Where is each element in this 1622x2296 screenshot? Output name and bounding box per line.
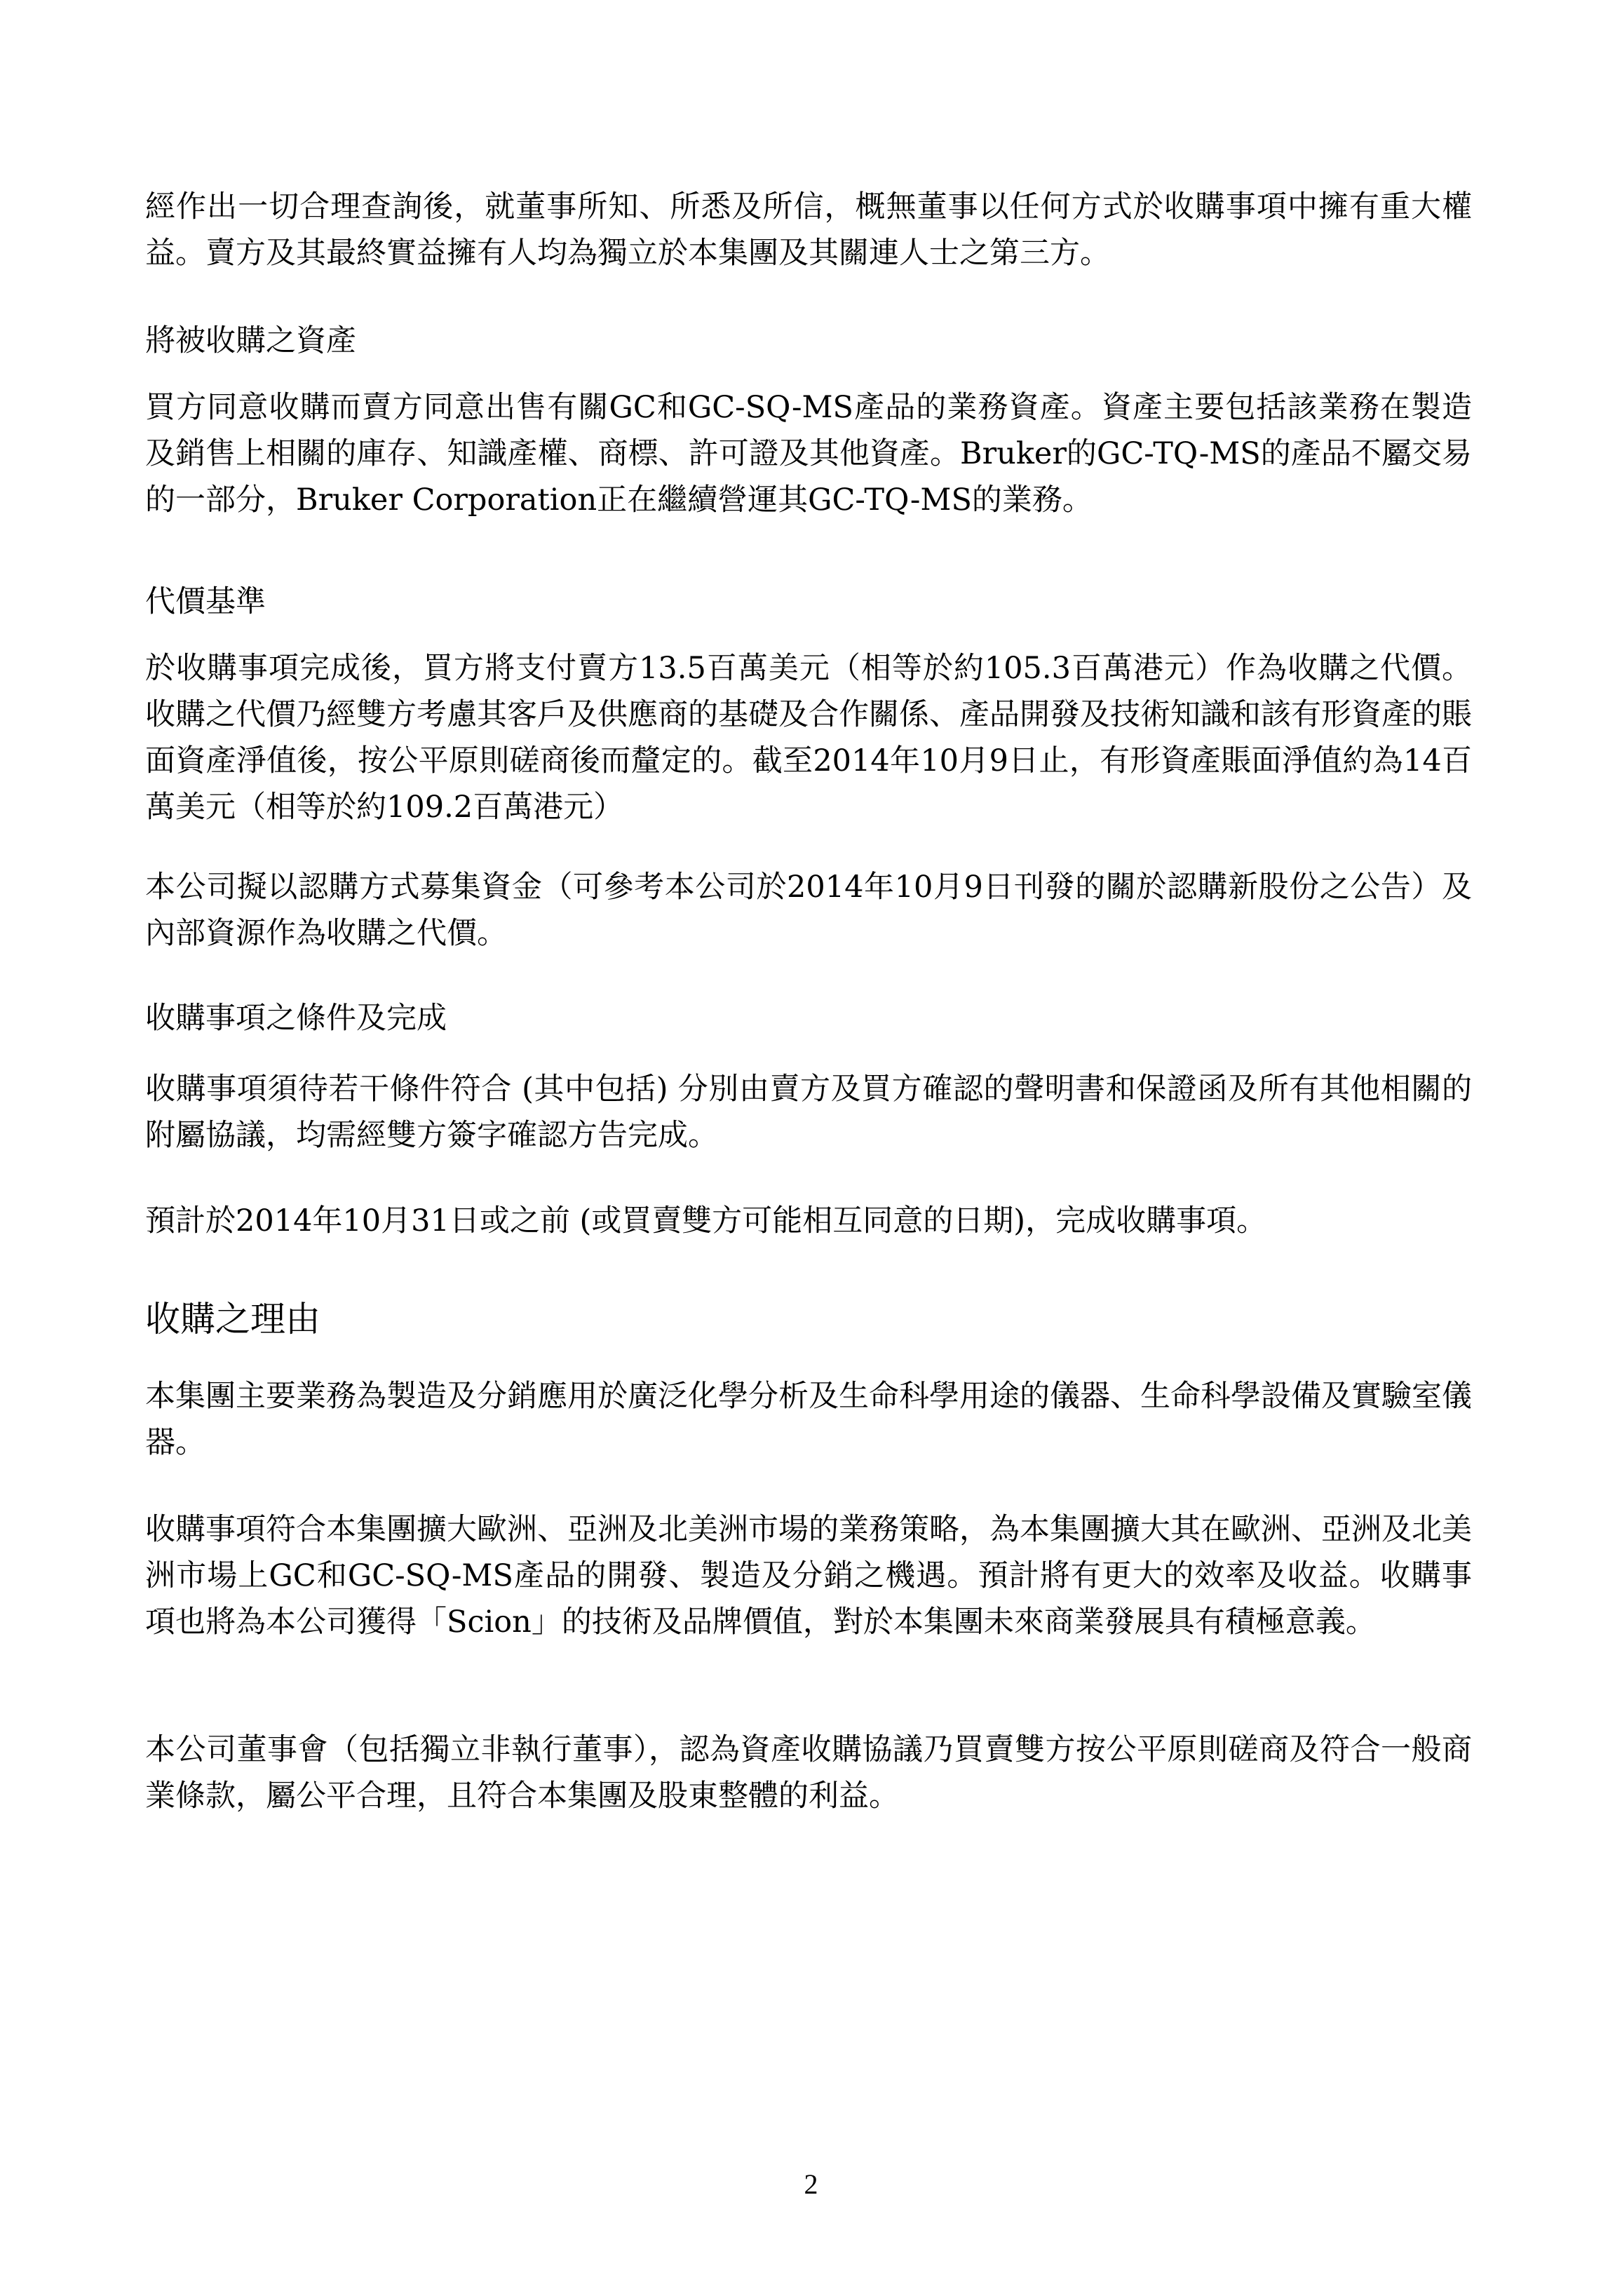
document-page: 經作出一切合理查詢後，就董事所知、所悉及所信，概無董事以任何方式於收購事項中擁有… [0, 0, 1622, 2296]
section-consideration-body-2: 本公司擬以認購方式募集資金（可參考本公司於2014年10月9日刊發的關於認購新股… [145, 864, 1472, 957]
section-assets: 將被收購之資產 [145, 320, 1472, 362]
paragraph-consideration-amount: 於收購事項完成後，買方將支付賣方13.5百萬美元（相等於約105.3百萬港元）作… [145, 645, 1472, 830]
paragraph-conditions: 收購事項須待若干條件符合 (其中包括) 分別由賣方及買方確認的聲明書和保證函及所… [145, 1066, 1472, 1159]
section-heading-consideration: 代價基準 [145, 581, 1472, 623]
section-reasons: 收購之理由 [145, 1296, 1472, 1342]
section-assets-body: 買方同意收購而賣方同意出售有關GC和GC-SQ-MS產品的業務資產。資產主要包括… [145, 384, 1472, 523]
section-conditions: 收購事項之條件及完成 [145, 997, 1472, 1039]
section-reasons-body-2: 收購事項符合本集團擴大歐洲、亞洲及北美洲市場的業務策略，為本集團擴大其在歐洲、亞… [145, 1506, 1472, 1645]
section-heading-conditions: 收購事項之條件及完成 [145, 997, 1472, 1039]
intro-section: 經作出一切合理查詢後，就董事所知、所悉及所信，概無董事以任何方式於收購事項中擁有… [145, 184, 1472, 276]
section-consideration: 代價基準 [145, 581, 1472, 623]
paragraph-board-opinion: 本公司董事會（包括獨立非執行董事），認為資產收購協議乃買賣雙方按公平原則磋商及符… [145, 1727, 1472, 1819]
section-conditions-body-2: 預計於2014年10月31日或之前 (或買賣雙方可能相互同意的日期)，完成收購事… [145, 1198, 1472, 1244]
section-consideration-body-1: 於收購事項完成後，買方將支付賣方13.5百萬美元（相等於約105.3百萬港元）作… [145, 645, 1472, 830]
section-conditions-body-1: 收購事項須待若干條件符合 (其中包括) 分別由賣方及買方確認的聲明書和保證函及所… [145, 1066, 1472, 1159]
paragraph-funding-source: 本公司擬以認購方式募集資金（可參考本公司於2014年10月9日刊發的關於認購新股… [145, 864, 1472, 957]
paragraph-assets: 買方同意收購而賣方同意出售有關GC和GC-SQ-MS產品的業務資產。資產主要包括… [145, 384, 1472, 523]
paragraph-group-business: 本集團主要業務為製造及分銷應用於廣泛化學分析及生命科學用途的儀器、生命科學設備及… [145, 1373, 1472, 1466]
paragraph-interest-disclosure: 經作出一切合理查詢後，就董事所知、所悉及所信，概無董事以任何方式於收購事項中擁有… [145, 184, 1472, 276]
page-number: 2 [0, 2167, 1622, 2202]
paragraph-strategy: 收購事項符合本集團擴大歐洲、亞洲及北美洲市場的業務策略，為本集團擴大其在歐洲、亞… [145, 1506, 1472, 1645]
paragraph-completion-date: 預計於2014年10月31日或之前 (或買賣雙方可能相互同意的日期)，完成收購事… [145, 1198, 1472, 1244]
section-reasons-body-1: 本集團主要業務為製造及分銷應用於廣泛化學分析及生命科學用途的儀器、生命科學設備及… [145, 1373, 1472, 1466]
section-heading-assets: 將被收購之資產 [145, 320, 1472, 362]
section-reasons-body-3: 本公司董事會（包括獨立非執行董事），認為資產收購協議乃買賣雙方按公平原則磋商及符… [145, 1727, 1472, 1819]
section-heading-reasons: 收購之理由 [145, 1296, 1472, 1342]
